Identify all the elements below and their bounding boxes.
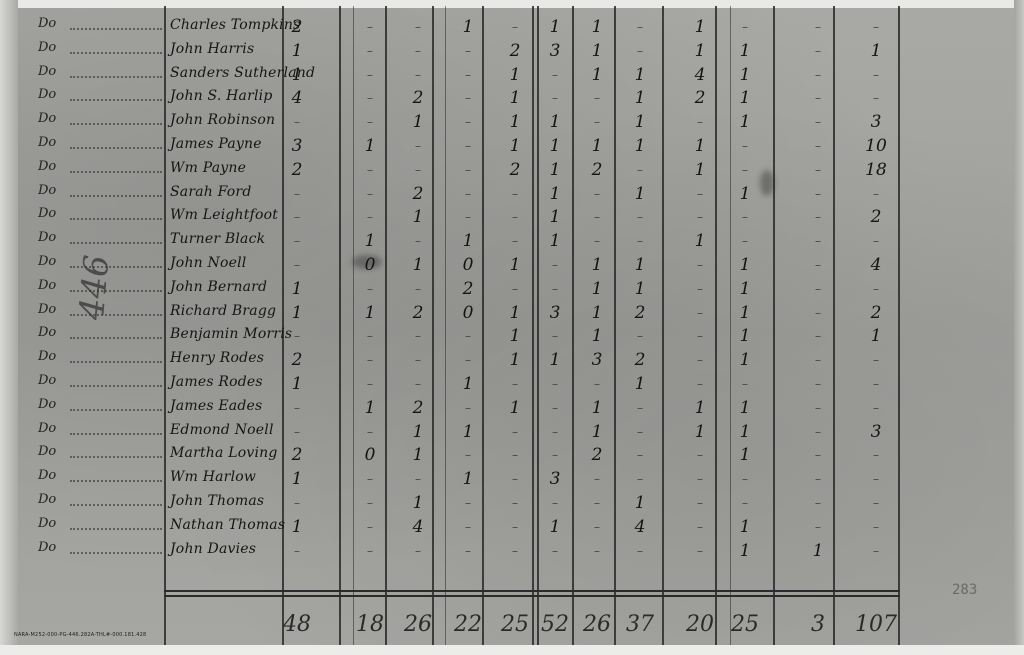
household-name: John Harris — [170, 41, 254, 57]
tally-cell: 1 — [400, 446, 436, 464]
column-total: 25 — [720, 612, 770, 637]
leader-dots — [70, 456, 162, 458]
tally-cell: 1 — [497, 137, 533, 155]
tally-cell: 1 — [727, 280, 763, 298]
tally-cell: 1 — [727, 351, 763, 369]
tally-cell: 1 — [537, 18, 573, 36]
tally-cell: 1 — [537, 351, 573, 369]
tally-cell: 1 — [622, 185, 658, 203]
tally-cell: 1 — [400, 494, 436, 512]
tally-cell: 0 — [352, 446, 388, 464]
tally-cell: – — [450, 351, 486, 369]
household-name: James Eades — [170, 398, 262, 414]
tally-cell: – — [858, 351, 894, 369]
tally-cell: – — [497, 470, 533, 488]
leader-dots — [70, 552, 162, 554]
leader-dots — [70, 76, 162, 78]
tally-cell: – — [352, 42, 388, 60]
tally-cell: 1 — [352, 137, 388, 155]
tally-cell: 1 — [682, 232, 718, 250]
tally-cell: 1 — [352, 232, 388, 250]
tally-cell: – — [537, 494, 573, 512]
tally-cell: – — [858, 470, 894, 488]
tally-cell: – — [352, 423, 388, 441]
tally-cell: 1 — [450, 375, 486, 393]
ditto-mark: Do — [38, 183, 56, 198]
torn-bottom-edge — [0, 645, 1024, 655]
leader-dots — [70, 337, 162, 339]
household-name: John Davies — [170, 541, 256, 557]
tally-cell: – — [497, 518, 533, 536]
tally-cell: – — [858, 185, 894, 203]
tally-cell: – — [800, 113, 836, 131]
leader-dots — [70, 480, 162, 482]
tally-cell: – — [537, 542, 573, 560]
archive-stamp: NARA-M252-000-PG-446.282A-THL#-000.181.4… — [14, 632, 146, 638]
tally-cell: – — [450, 185, 486, 203]
tally-cell: – — [858, 18, 894, 36]
column-total: 26 — [393, 612, 443, 637]
ditto-mark: Do — [38, 64, 56, 79]
household-name: Wm Harlow — [170, 469, 256, 485]
tally-cell: 3 — [858, 113, 894, 131]
tally-cell: – — [400, 280, 436, 298]
tally-cell: – — [537, 327, 573, 345]
tally-cell: – — [800, 280, 836, 298]
tally-cell: – — [800, 89, 836, 107]
tally-cell: – — [450, 42, 486, 60]
tally-cell: – — [497, 494, 533, 512]
tally-cell: – — [352, 375, 388, 393]
leader-dots — [70, 28, 162, 30]
tally-cell: – — [682, 494, 718, 512]
tally-cell: – — [400, 351, 436, 369]
tally-cell: 1 — [579, 256, 615, 274]
tally-cell: – — [352, 351, 388, 369]
tally-cell: – — [497, 423, 533, 441]
column-total: 22 — [443, 612, 493, 637]
rule-col-last — [898, 6, 900, 647]
tally-cell: – — [622, 208, 658, 226]
tally-cell: 1 — [579, 327, 615, 345]
tally-cell: 1 — [400, 423, 436, 441]
tally-cell: – — [400, 327, 436, 345]
leader-dots — [70, 433, 162, 435]
tally-cell: – — [622, 232, 658, 250]
tally-cell: 0 — [352, 256, 388, 274]
tally-cell: 1 — [579, 304, 615, 322]
tally-cell: 2 — [400, 89, 436, 107]
tally-cell: 2 — [858, 304, 894, 322]
tally-cell: – — [727, 232, 763, 250]
tally-cell: 1 — [537, 232, 573, 250]
tally-cell: – — [352, 89, 388, 107]
tally-cell: – — [352, 161, 388, 179]
tally-cell: – — [800, 304, 836, 322]
tally-cell: – — [800, 18, 836, 36]
left-page-edge — [0, 0, 18, 655]
household-name: Wm Payne — [170, 160, 246, 176]
tally-cell: 1 — [727, 327, 763, 345]
tally-cell: – — [450, 137, 486, 155]
tally-cell: 1 — [497, 327, 533, 345]
tally-cell: 2 — [682, 89, 718, 107]
ditto-mark: Do — [38, 206, 56, 221]
tally-cell: – — [682, 304, 718, 322]
ditto-mark: Do — [38, 87, 56, 102]
census-ledger-page: 446 DoCharles Tompkins2––1–11–1–––DoJohn… — [0, 0, 1024, 655]
tally-cell: 1 — [579, 423, 615, 441]
tally-cell: 1 — [727, 42, 763, 60]
tally-cell: – — [800, 137, 836, 155]
tally-cell: 1 — [400, 113, 436, 131]
tally-cell: 1 — [279, 375, 315, 393]
rule-col — [773, 6, 775, 647]
tally-cell: 1 — [800, 542, 836, 560]
ditto-mark: Do — [38, 230, 56, 245]
ditto-mark: Do — [38, 540, 56, 555]
tally-cell: 2 — [497, 42, 533, 60]
household-name: Henry Rodes — [170, 350, 264, 366]
tally-cell: – — [579, 208, 615, 226]
ditto-mark: Do — [38, 516, 56, 531]
tally-cell: – — [800, 185, 836, 203]
tally-cell: – — [682, 280, 718, 298]
tally-cell: – — [727, 161, 763, 179]
tally-cell: – — [352, 18, 388, 36]
household-name: Richard Bragg — [170, 303, 276, 319]
leader-dots — [70, 218, 162, 220]
ditto-mark: Do — [38, 468, 56, 483]
tally-cell: – — [622, 327, 658, 345]
tally-cell: 1 — [727, 446, 763, 464]
tally-cell: 3 — [858, 423, 894, 441]
tally-cell: 1 — [858, 42, 894, 60]
household-name: James Rodes — [170, 374, 263, 390]
leader-dots — [70, 528, 162, 530]
household-name: John S. Harlip — [170, 88, 272, 104]
tally-cell: – — [450, 208, 486, 226]
tally-cell: 3 — [537, 42, 573, 60]
tally-cell: 1 — [682, 399, 718, 417]
tally-cell: – — [279, 113, 315, 131]
tally-cell: – — [450, 399, 486, 417]
tally-cell: 3 — [579, 351, 615, 369]
tally-cell: – — [352, 518, 388, 536]
tally-cell: – — [352, 185, 388, 203]
tally-cell: – — [800, 256, 836, 274]
tally-cell: 4 — [682, 66, 718, 84]
ditto-mark: Do — [38, 397, 56, 412]
ditto-mark: Do — [38, 40, 56, 55]
tally-cell: 2 — [858, 208, 894, 226]
tally-cell: 1 — [727, 518, 763, 536]
column-total: 18 — [345, 612, 395, 637]
tally-cell: – — [800, 518, 836, 536]
tally-cell: 4 — [622, 518, 658, 536]
tally-cell: – — [352, 208, 388, 226]
tally-cell: 1 — [497, 256, 533, 274]
tally-cell: – — [579, 89, 615, 107]
household-name: Wm Leightfoot — [170, 207, 278, 223]
tally-cell: 2 — [400, 399, 436, 417]
tally-cell: 1 — [352, 304, 388, 322]
tally-cell: – — [352, 494, 388, 512]
torn-top-edge — [0, 0, 1024, 8]
tally-cell: – — [279, 232, 315, 250]
tally-cell: 1 — [622, 89, 658, 107]
tally-cell: 1 — [579, 137, 615, 155]
total-rule-bottom — [164, 595, 900, 597]
tally-cell: – — [352, 280, 388, 298]
tally-cell: – — [497, 280, 533, 298]
tally-cell: – — [579, 375, 615, 393]
tally-cell: – — [497, 375, 533, 393]
tally-cell: 1 — [497, 399, 533, 417]
tally-cell: 2 — [450, 280, 486, 298]
tally-cell: – — [622, 446, 658, 464]
tally-cell: – — [727, 470, 763, 488]
tally-cell: – — [450, 66, 486, 84]
ditto-mark: Do — [38, 254, 56, 269]
ditto-mark: Do — [38, 278, 56, 293]
total-rule-top — [164, 590, 900, 592]
tally-cell: – — [727, 137, 763, 155]
household-name: Benjamin Morris — [170, 326, 292, 342]
tally-cell: – — [450, 518, 486, 536]
tally-cell: – — [400, 137, 436, 155]
tally-cell: – — [682, 327, 718, 345]
tally-cell: 1 — [622, 113, 658, 131]
tally-cell: 1 — [682, 161, 718, 179]
tally-cell: – — [400, 470, 436, 488]
leader-dots — [70, 123, 162, 125]
tally-cell: – — [800, 375, 836, 393]
leader-dots — [70, 242, 162, 244]
tally-cell: 2 — [622, 304, 658, 322]
tally-cell: 2 — [579, 446, 615, 464]
tally-cell: 1 — [727, 256, 763, 274]
household-name: Sarah Ford — [170, 184, 251, 200]
tally-cell: – — [279, 256, 315, 274]
tally-cell: – — [537, 280, 573, 298]
tally-cell: 1 — [727, 423, 763, 441]
tally-cell: – — [579, 185, 615, 203]
leader-dots — [70, 195, 162, 197]
tally-cell: 2 — [400, 185, 436, 203]
ditto-mark: Do — [38, 444, 56, 459]
tally-cell: – — [400, 375, 436, 393]
leader-dots — [70, 147, 162, 149]
tally-cell: – — [279, 399, 315, 417]
tally-cell: – — [279, 185, 315, 203]
tally-cell: 1 — [622, 137, 658, 155]
tally-cell: 2 — [579, 161, 615, 179]
tally-cell: – — [622, 18, 658, 36]
rule-col — [445, 6, 446, 647]
tally-cell: – — [800, 399, 836, 417]
tally-cell: – — [858, 280, 894, 298]
tally-cell: – — [352, 327, 388, 345]
tally-cell: – — [400, 232, 436, 250]
tally-cell: 1 — [622, 256, 658, 274]
ditto-mark: Do — [38, 421, 56, 436]
tally-cell: – — [497, 18, 533, 36]
tally-cell: – — [497, 542, 533, 560]
tally-cell: 1 — [537, 137, 573, 155]
tally-cell: – — [579, 518, 615, 536]
tally-cell: – — [622, 423, 658, 441]
leader-dots — [70, 504, 162, 506]
tally-cell: 1 — [682, 18, 718, 36]
tally-cell: – — [858, 399, 894, 417]
tally-cell: 1 — [537, 185, 573, 203]
tally-cell: 1 — [537, 113, 573, 131]
household-name: John Noell — [170, 255, 246, 271]
ditto-mark: Do — [38, 492, 56, 507]
tally-cell: 2 — [279, 161, 315, 179]
tally-cell: 1 — [858, 327, 894, 345]
household-name: John Bernard — [170, 279, 267, 295]
tally-cell: 1 — [450, 470, 486, 488]
tally-cell: – — [800, 327, 836, 345]
tally-cell: – — [497, 185, 533, 203]
tally-cell: – — [622, 399, 658, 417]
margin-annotation: 446 — [72, 253, 118, 321]
household-name: James Payne — [170, 136, 262, 152]
tally-cell: – — [858, 232, 894, 250]
tally-cell: 4 — [858, 256, 894, 274]
tally-cell: 2 — [279, 18, 315, 36]
tally-cell: 1 — [579, 42, 615, 60]
tally-cell: – — [800, 42, 836, 60]
tally-cell: – — [800, 446, 836, 464]
tally-cell: 4 — [279, 89, 315, 107]
tally-cell: 1 — [537, 208, 573, 226]
tally-cell: – — [537, 446, 573, 464]
leader-dots — [70, 52, 162, 54]
tally-cell: – — [682, 256, 718, 274]
tally-cell: – — [279, 542, 315, 560]
tally-cell: – — [579, 542, 615, 560]
tally-cell: – — [450, 113, 486, 131]
tally-cell: – — [800, 208, 836, 226]
tally-cell: 1 — [450, 423, 486, 441]
leader-dots — [70, 290, 162, 292]
household-name: Turner Black — [170, 231, 265, 247]
folio-number: 283 — [952, 582, 977, 598]
tally-cell: 1 — [579, 399, 615, 417]
tally-cell: – — [400, 18, 436, 36]
tally-cell: 1 — [450, 232, 486, 250]
ditto-mark: Do — [38, 349, 56, 364]
tally-cell: 4 — [400, 518, 436, 536]
tally-cell: – — [858, 66, 894, 84]
rule-name-left — [164, 6, 166, 647]
tally-cell: – — [579, 113, 615, 131]
ditto-mark: Do — [38, 135, 56, 150]
tally-cell: 1 — [352, 399, 388, 417]
ditto-mark: Do — [38, 16, 56, 31]
tally-cell: 1 — [497, 351, 533, 369]
leader-dots — [70, 99, 162, 101]
tally-cell: – — [579, 494, 615, 512]
tally-cell: 1 — [400, 208, 436, 226]
tally-cell: 1 — [279, 470, 315, 488]
tally-cell: – — [727, 18, 763, 36]
tally-cell: – — [858, 518, 894, 536]
tally-cell: – — [800, 351, 836, 369]
tally-cell: – — [682, 351, 718, 369]
household-name: John Robinson — [170, 112, 275, 128]
tally-cell: 1 — [537, 518, 573, 536]
tally-cell: 1 — [279, 42, 315, 60]
tally-cell: 0 — [450, 304, 486, 322]
tally-cell: – — [800, 423, 836, 441]
tally-cell: – — [579, 470, 615, 488]
tally-cell: – — [682, 375, 718, 393]
tally-cell: – — [497, 446, 533, 464]
tally-cell: – — [497, 232, 533, 250]
tally-cell: – — [450, 494, 486, 512]
tally-cell: 2 — [497, 161, 533, 179]
tally-cell: 1 — [497, 66, 533, 84]
tally-cell: 2 — [622, 351, 658, 369]
tally-cell: 3 — [537, 470, 573, 488]
tally-cell: – — [279, 327, 315, 345]
ditto-mark: Do — [38, 111, 56, 126]
tally-cell: 1 — [727, 66, 763, 84]
tally-cell: – — [450, 542, 486, 560]
tally-cell: – — [279, 208, 315, 226]
leader-dots — [70, 171, 162, 173]
tally-cell: 1 — [579, 18, 615, 36]
tally-cell: – — [537, 256, 573, 274]
household-name: John Thomas — [170, 493, 264, 509]
tally-cell: – — [727, 494, 763, 512]
right-page-edge — [1014, 0, 1024, 655]
tally-cell: – — [537, 89, 573, 107]
tally-cell: – — [858, 375, 894, 393]
tally-cell: 1 — [579, 280, 615, 298]
tally-cell: 1 — [279, 280, 315, 298]
tally-cell: 1 — [622, 66, 658, 84]
tally-cell: 1 — [682, 42, 718, 60]
tally-cell: 1 — [537, 161, 573, 179]
tally-cell: – — [682, 518, 718, 536]
leader-dots — [70, 385, 162, 387]
tally-cell: 2 — [279, 446, 315, 464]
tally-cell: – — [858, 446, 894, 464]
rule-col — [339, 6, 341, 647]
tally-cell: – — [800, 161, 836, 179]
tally-cell: – — [727, 375, 763, 393]
tally-cell: 1 — [497, 113, 533, 131]
household-name: Nathan Thomas — [170, 517, 285, 533]
tally-cell: – — [622, 542, 658, 560]
tally-cell: – — [727, 208, 763, 226]
tally-cell: 1 — [727, 304, 763, 322]
tally-cell: – — [400, 42, 436, 60]
tally-cell: – — [450, 89, 486, 107]
household-name: Martha Loving — [170, 445, 278, 461]
tally-cell: – — [450, 446, 486, 464]
tally-cell: 2 — [279, 351, 315, 369]
leader-dots — [70, 266, 162, 268]
tally-cell: – — [279, 494, 315, 512]
tally-cell: 1 — [682, 137, 718, 155]
tally-cell: – — [352, 542, 388, 560]
